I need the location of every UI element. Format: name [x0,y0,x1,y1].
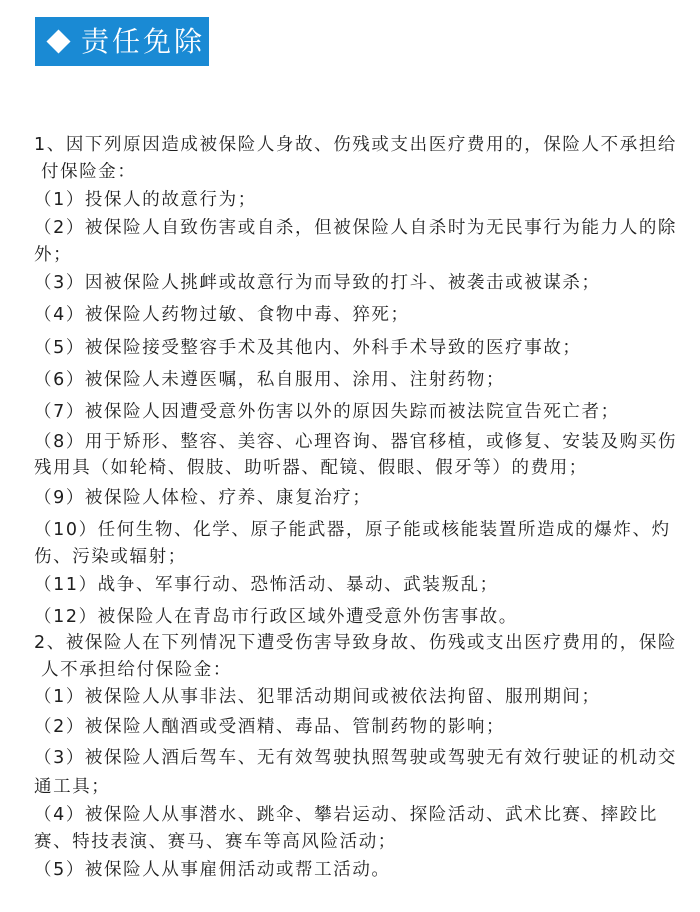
s1-item-8-cont: 残用具（如轮椅、假肢、助听器、配镜、假眼、假牙等）的费用； [34,457,588,479]
section-header: 责任免除 [35,17,209,66]
s1-item-11: （11）战争、军事行动、恐怖活动、暴动、武装叛乱； [34,574,499,596]
diamond-icon [46,29,70,53]
s1-item-6: （6）被保险人未遵医嘱，私自服用、涂用、注射药物； [34,369,505,391]
s1-item-8: （8）用于矫形、整容、美容、心理咨询、器官移植，或修复、安装及购买伤 [34,431,677,453]
s1-item-7: （7）被保险人因遭受意外伤害以外的原因失踪而被法院宣告死亡者； [34,401,620,423]
s2-item-5: （5）被保险人从事雇佣活动或帮工活动。 [34,859,391,881]
s2-item-4-cont: 赛、特技表演、赛马、赛车等高风险活动； [34,831,397,853]
s1-item-9: （9）被保险人体检、疗养、康复治疗； [34,487,371,509]
s2-item-3-cont: 通工具； [34,776,110,798]
s2-item-2: （2）被保险人酗酒或受酒精、毒品、管制药物的影响； [34,716,505,738]
s1-item-12: （12）被保险人在青岛市行政区域外遭受意外伤害事故。 [34,606,518,628]
section-2-heading: 2、被保险人在下列情况下遭受伤害导致身故、伤残或支出医疗费用的，保险 [34,632,677,654]
s1-item-2: （2）被保险人自致伤害或自杀，但被保险人自杀时为无民事行为能力人的除 [34,217,677,239]
s1-item-3: （3）因被保险人挑衅或故意行为而导致的打斗、被袭击或被谋杀； [34,272,601,294]
s1-item-4: （4）被保险人药物过敏、食物中毒、猝死； [34,304,410,326]
s1-item-10-cont: 伤、污染或辐射； [34,546,187,568]
section-2-heading-cont: 人不承担给付保险金： [41,659,232,681]
s1-item-5: （5）被保险接受整容手术及其他内、外科手术导致的医疗事故； [34,337,582,359]
s1-item-1: （1）投保人的故意行为； [34,189,257,211]
header-title: 责任免除 [81,28,205,56]
section-1-heading-cont: 付保险金： [41,161,137,183]
s2-item-1: （1）被保险人从事非法、犯罪活动期间或被依法拘留、服刑期间； [34,686,601,708]
section-1-heading: 1、因下列原因造成被保险人身故、伤残或支出医疗费用的，保险人不承担给 [34,134,677,156]
s1-item-10: （10）任何生物、化学、原子能武器，原子能或核能装置所造成的爆炸、灼 [34,519,671,541]
s1-item-2-cont: 外； [34,244,72,266]
s2-item-3: （3）被保险人酒后驾车、无有效驾驶执照驾驶或驾驶无有效行驶证的机动交 [34,747,677,769]
s2-item-4: （4）被保险人从事潜水、跳伞、攀岩运动、探险活动、武术比赛、摔跤比 [34,804,658,826]
